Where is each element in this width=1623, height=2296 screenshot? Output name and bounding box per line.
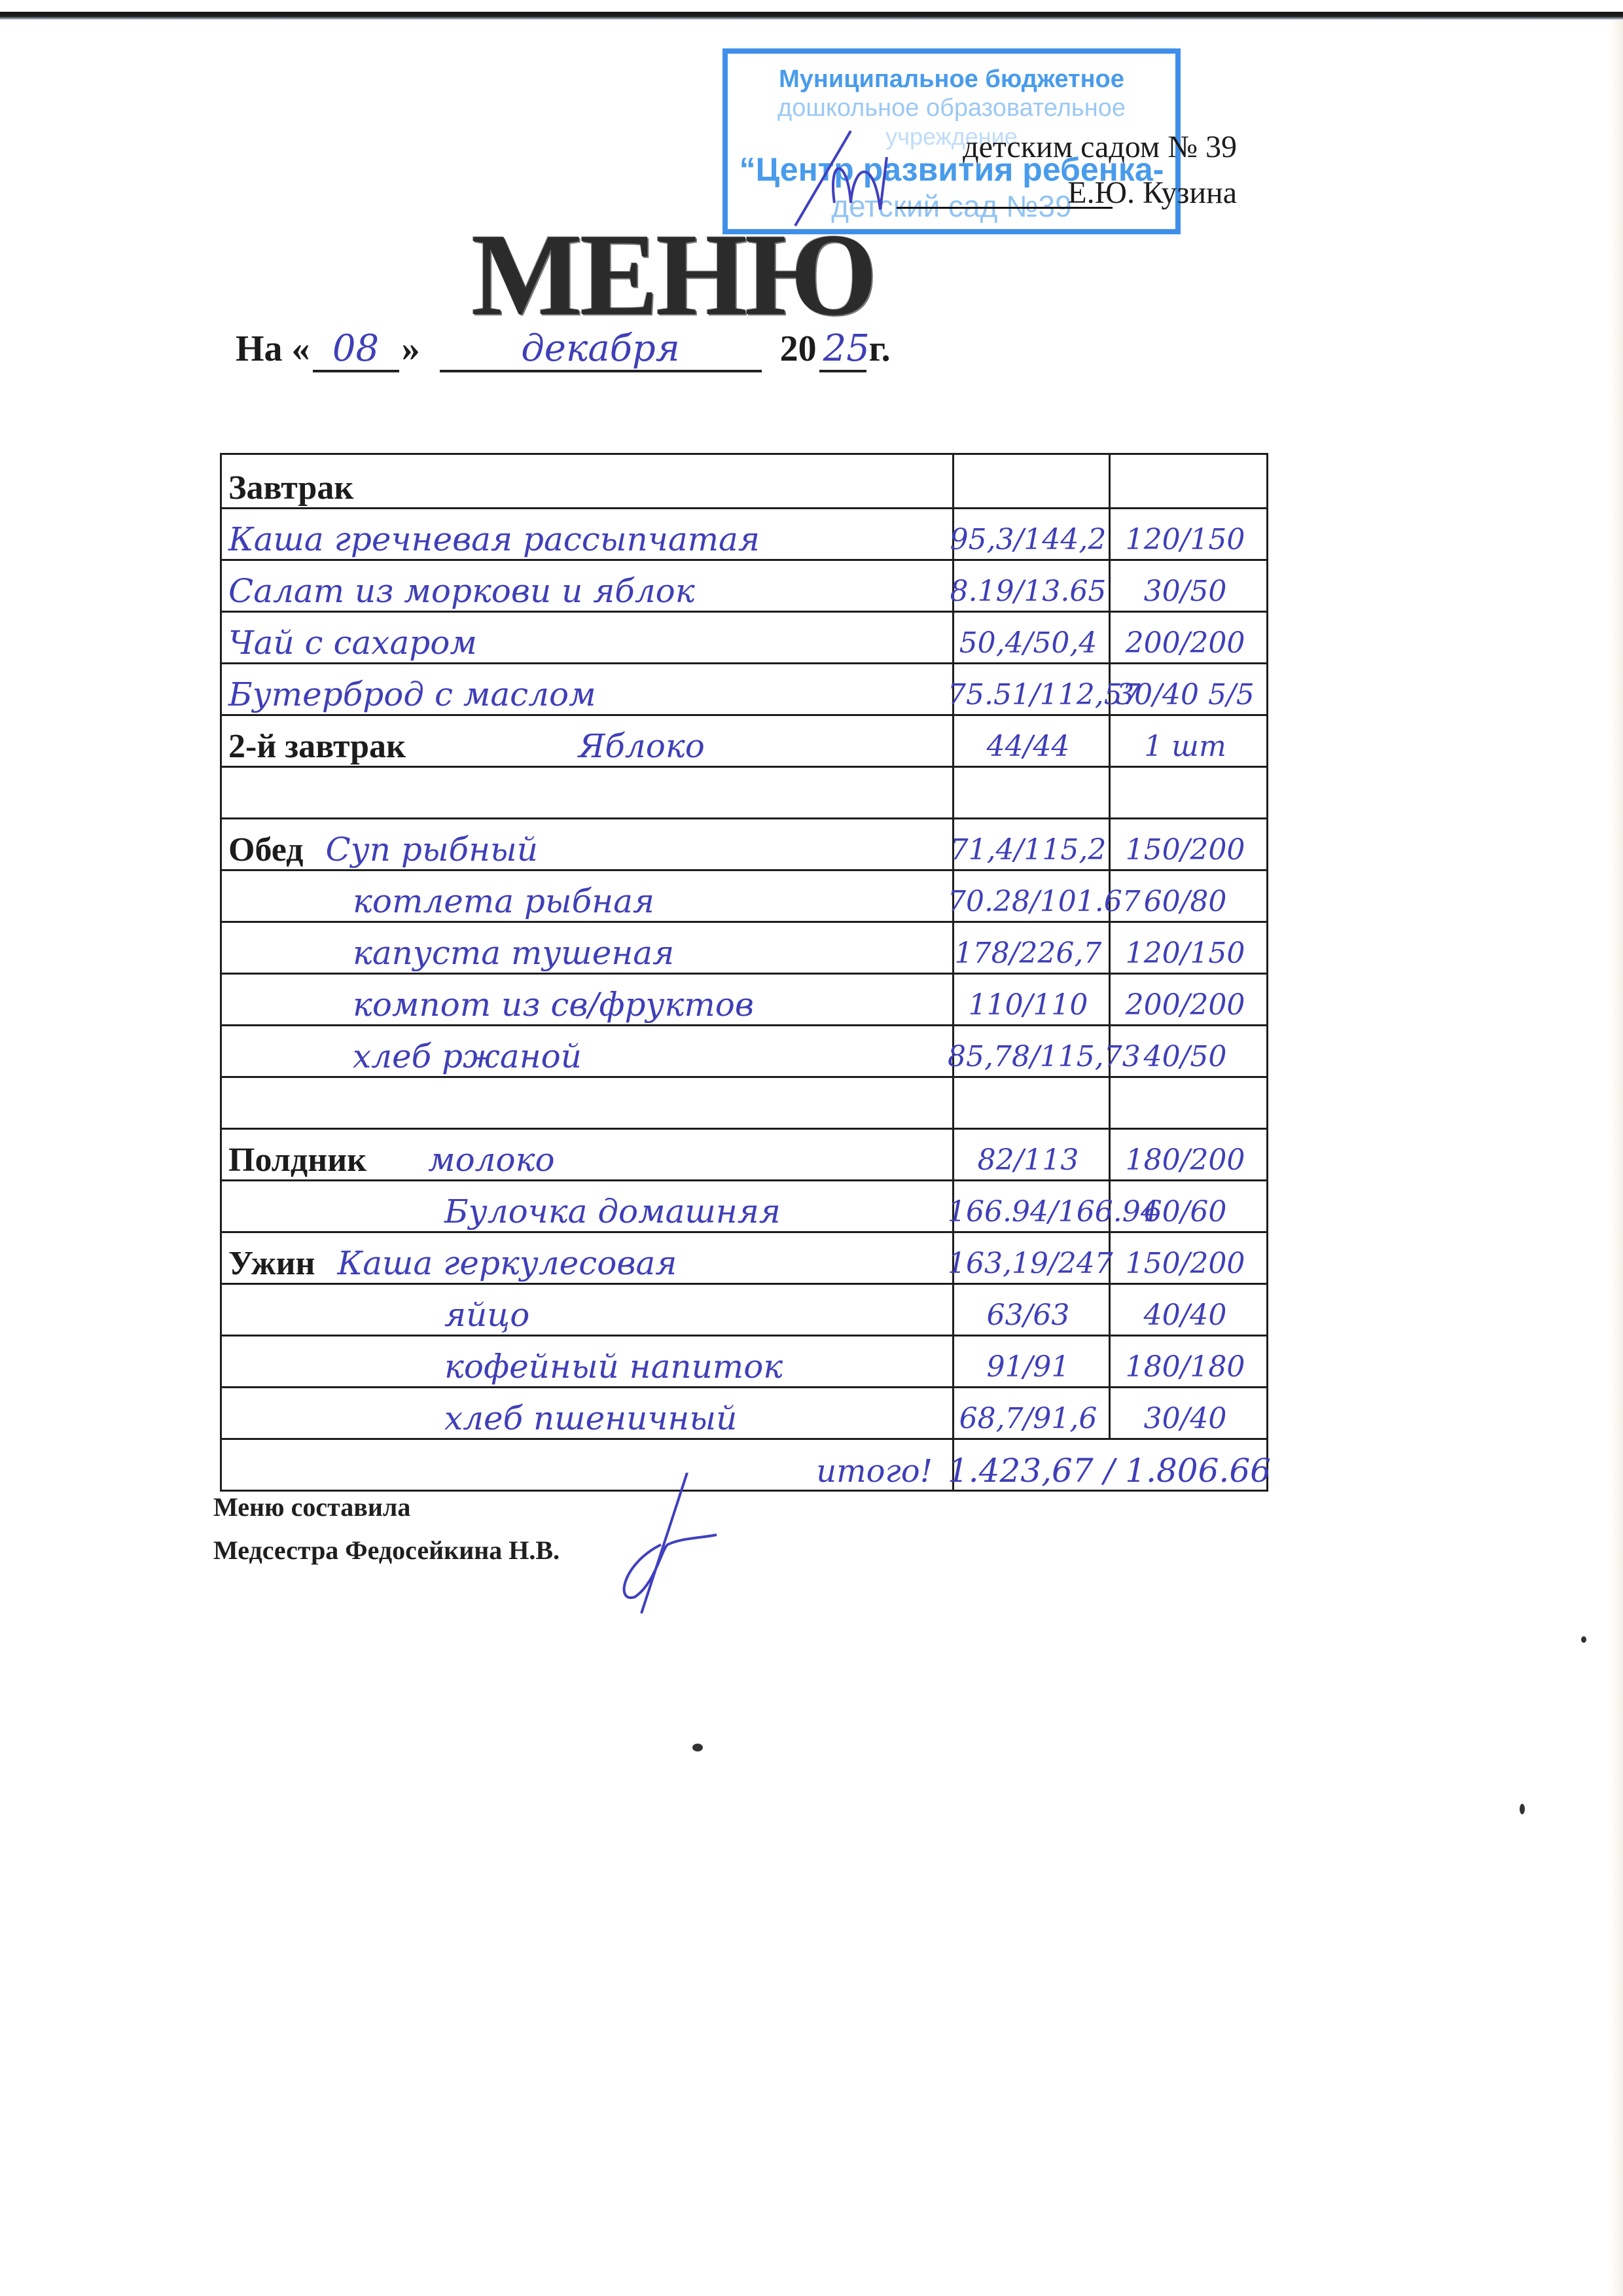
table-row: Салат из моркови и яблок8.19/13.6530/50 [221,560,1268,612]
calories-value: 82/113 [948,1141,1109,1179]
composer-name: Медсестра Федосейкина Н.В. [213,1529,560,1572]
dish-cell: яйцо [221,1284,954,1336]
portion-value: 150/200 [1104,831,1266,869]
dish-cell: хлеб пшеничный [221,1388,954,1439]
portion-cell: 40/40 [1110,1284,1268,1336]
calories-cell: 70.28/101.67 [954,870,1110,922]
calories-cell: 50,4/50,4 [954,612,1110,664]
table-row: ОбедСуп рыбный71,4/115,2150/200 [221,819,1268,870]
dish-name: яйцо [444,1295,529,1335]
dish-cell: Чай с сахаром [221,612,954,664]
portion-cell: 30/40 5/5 [1110,664,1268,715]
portion-value: 200/200 [1104,986,1266,1024]
table-row: хлеб ржаной85,78/115,7340/50 [221,1026,1268,1077]
table-row: Полдникмолоко82/113180/200 [221,1129,1268,1181]
dish-cell: компот из св/фруктов [221,974,954,1026]
portion-cell: 30/40 [1110,1388,1268,1439]
dish-cell: котлета рыбная [221,870,954,922]
date-month: декабря [440,327,762,372]
table-row: 2-й завтракЯблоко44/441 шт [221,715,1268,767]
calories-value: 50,4/50,4 [948,624,1109,662]
stamp-line: Муниципальное бюджетное [728,65,1175,94]
portion-cell: 150/200 [1110,819,1268,870]
meal-section-label: Завтрак [228,469,353,507]
calories-value: 44/44 [948,728,1109,766]
calories-cell [954,454,1110,509]
dish-name: хлеб ржаной [353,1037,582,1076]
table-row: Завтрак [221,454,1268,509]
calories-value: 8.19/13.65 [948,573,1109,611]
composer-label: Меню составила [213,1486,560,1529]
calories-cell: 95,3/144,2 [954,509,1110,560]
table-row: капуста тушеная178/226,7120/150 [221,922,1268,974]
dish-name: Салат из моркови и яблок [228,571,695,611]
total-value: 1.423,67 / 1.806.66 [948,1452,1266,1490]
calories-value: 85,78/115,73 [948,1038,1109,1076]
portion-cell: 120/150 [1110,509,1268,560]
calories-value: 110/110 [948,986,1109,1024]
meal-section-label: 2-й завтрак [228,727,406,766]
portion-cell: 200/200 [1110,612,1268,664]
scan-edge-right [1610,20,1623,2296]
dish-name: молоко [428,1140,554,1179]
dish-cell: капуста тушеная [221,922,954,974]
total-row: итого!1.423,67 / 1.806.66 [221,1439,1268,1491]
dish-name: капуста тушеная [353,933,674,973]
composer-block: Меню составила Медсестра Федосейкина Н.В… [213,1486,560,1572]
dish-name: Каша геркулесовая [338,1244,677,1283]
table-row [221,767,1268,819]
dish-cell [221,767,954,819]
table-row: УжинКаша геркулесовая163,19/247150/200 [221,1232,1268,1284]
scan-speck [1520,1804,1525,1814]
portion-cell: 180/200 [1110,1129,1268,1181]
portion-value: 40/40 [1104,1297,1266,1335]
approval-position: детским садом № 39 [897,124,1237,170]
portion-value: 120/150 [1104,521,1266,559]
calories-value: 163,19/247 [948,1245,1109,1283]
calories-value: 70.28/101.67 [948,883,1109,921]
calories-value: 71,4/115,2 [948,831,1109,869]
portion-value: 120/150 [1104,935,1266,973]
meal-section-label: Ужин [228,1244,315,1283]
portion-value: 180/200 [1104,1141,1266,1179]
portion-value: 200/200 [1104,624,1266,662]
meal-section-label: Обед [228,831,303,869]
dish-name: Чай с сахаром [228,623,477,662]
dish-cell: Салат из моркови и яблок [221,560,954,612]
table-row: Бутерброд с маслом75.51/112,5730/40 5/5 [221,664,1268,715]
scan-edge [0,12,1623,20]
calories-cell: 166.94/166.94 [954,1181,1110,1232]
dish-cell: 2-й завтракЯблоко [221,715,954,767]
dish-cell: Булочка домашняя [221,1181,954,1232]
calories-cell: 91/91 [954,1336,1110,1388]
date-prefix: На « [236,328,310,370]
dish-name: Бутерброд с маслом [228,675,596,714]
date-year-suffix: 25 [819,327,866,372]
calories-value: 68,7/91,6 [948,1400,1109,1438]
dish-name: котлета рыбная [353,882,654,921]
portion-cell: 1 шт [1110,715,1268,767]
dish-name: Каша гречневая рассыпчатая [228,520,760,559]
portion-cell [1110,1077,1268,1129]
calories-cell: 68,7/91,6 [954,1388,1110,1439]
table-row: хлеб пшеничный68,7/91,630/40 [221,1388,1268,1439]
portion-value: 30/40 5/5 [1104,676,1266,714]
table-row: Каша гречневая рассыпчатая95,3/144,2120/… [221,509,1268,560]
portion-value: 180/180 [1104,1348,1266,1386]
dish-cell [221,1077,954,1129]
page-title: МЕНЮ [471,207,875,342]
dish-cell: Полдникмолоко [221,1129,954,1181]
portion-cell [1110,454,1268,509]
dish-cell: Завтрак [221,454,954,509]
calories-value: 166.94/166.94 [948,1193,1109,1231]
calories-cell: 82/113 [954,1129,1110,1181]
dish-cell: Бутерброд с маслом [221,664,954,715]
date-quote-close: » [402,328,420,370]
date-year-prefix: 20 [780,328,817,370]
portion-cell: 200/200 [1110,974,1268,1026]
calories-cell: 75.51/112,57 [954,664,1110,715]
signature-line [897,207,1113,209]
dish-name: Булочка домашняя [444,1192,781,1231]
dish-name: компот из св/фруктов [353,985,754,1024]
approval-block: детским садом № 39 Е.Ю. Кузина [897,124,1237,216]
portion-cell: 150/200 [1110,1232,1268,1284]
total-value-cell: 1.423,67 / 1.806.66 [954,1439,1268,1491]
calories-cell [954,767,1110,819]
calories-cell: 63/63 [954,1284,1110,1336]
calories-value: 91/91 [948,1348,1109,1386]
table-row: Чай с сахаром50,4/50,4200/200 [221,612,1268,664]
calories-value: 75.51/112,57 [948,676,1109,714]
calories-cell: 8.19/13.65 [954,560,1110,612]
dish-cell: Каша гречневая рассыпчатая [221,509,954,560]
dish-name: кофейный напиток [444,1347,783,1386]
table-row: компот из св/фруктов110/110200/200 [221,974,1268,1026]
date-year-end: г. [869,328,891,370]
dish-cell: ОбедСуп рыбный [221,819,954,870]
menu-date: На « 08 » декабря 20 25 г. [236,327,891,372]
portion-cell: 30/50 [1110,560,1268,612]
portion-value: 150/200 [1104,1245,1266,1283]
scan-speck [1581,1636,1586,1643]
dish-name: Суп рыбный [325,830,537,869]
dish-cell: кофейный напиток [221,1336,954,1388]
date-day: 08 [313,327,399,372]
calories-cell: 71,4/115,2 [954,819,1110,870]
menu-table: ЗавтракКаша гречневая рассыпчатая95,3/14… [220,453,1268,1492]
table-row: яйцо63/6340/40 [221,1284,1268,1336]
dish-cell: хлеб ржаной [221,1026,954,1077]
dish-name: Яблоко [579,726,705,766]
portion-value: 1 шт [1104,728,1266,766]
portion-cell: 180/180 [1110,1336,1268,1388]
scan-speck [692,1744,703,1751]
portion-value: 30/40 [1104,1400,1266,1438]
portion-cell: 120/150 [1110,922,1268,974]
signature-icon [615,1473,720,1617]
calories-cell: 163,19/247 [954,1232,1110,1284]
calories-cell [954,1077,1110,1129]
calories-cell: 110/110 [954,974,1110,1026]
dish-name: хлеб пшеничный [444,1399,737,1438]
total-label: итого! [816,1453,933,1490]
table-row: Булочка домашняя166.94/166.9460/60 [221,1181,1268,1232]
meal-section-label: Полдник [228,1141,366,1179]
portion-value: 30/50 [1104,573,1266,611]
table-row [221,1077,1268,1129]
calories-value: 95,3/144,2 [948,521,1109,559]
dish-cell: УжинКаша геркулесовая [221,1232,954,1284]
table-row: кофейный напиток91/91180/180 [221,1336,1268,1388]
calories-value: 178/226,7 [948,935,1109,973]
calories-cell: 178/226,7 [954,922,1110,974]
calories-cell: 44/44 [954,715,1110,767]
calories-cell: 85,78/115,73 [954,1026,1110,1077]
table-row: котлета рыбная70.28/101.6760/80 [221,870,1268,922]
approver-name: Е.Ю. Кузина [897,170,1237,216]
portion-cell [1110,767,1268,819]
calories-value: 63/63 [948,1297,1109,1335]
